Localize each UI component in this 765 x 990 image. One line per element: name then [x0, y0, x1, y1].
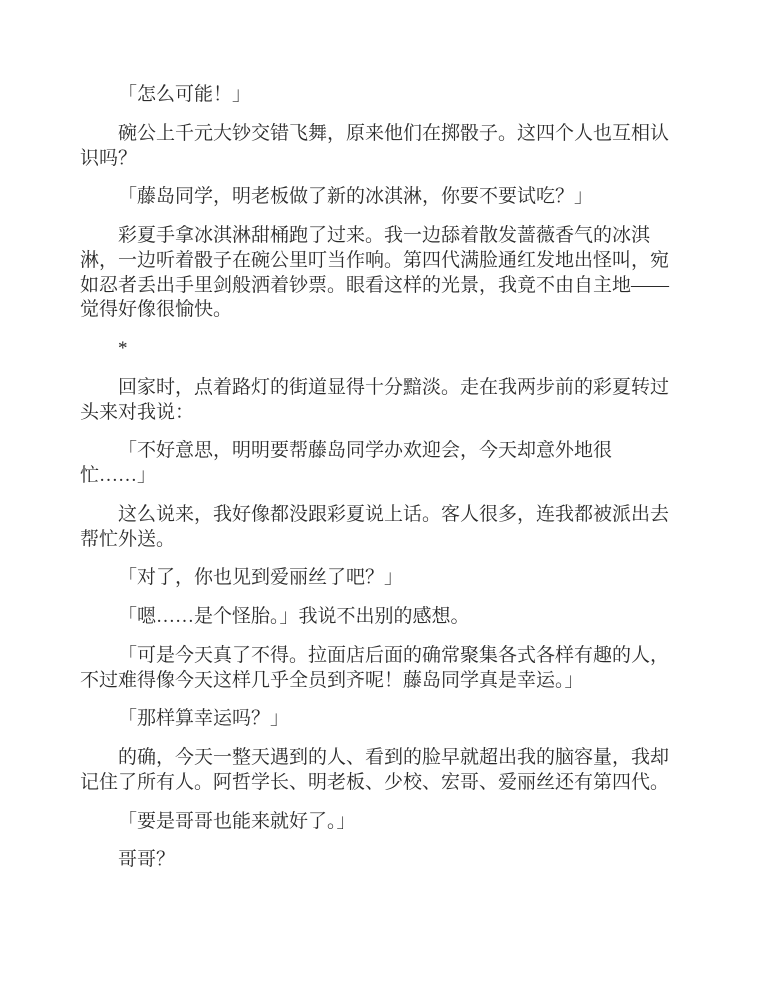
paragraph: 这么说来，我好像都没跟彩夏说上话。客人很多，连我都被派出去帮忙外送。	[80, 503, 686, 553]
text-line: 「怎么可能！」	[80, 83, 686, 108]
text-line: 的确，今天一整天遇到的人、看到的脸早就超出我的脑容量，我却	[80, 746, 686, 771]
text-line: 彩夏手拿冰淇淋甜桶跑了过来。我一边舔着散发蔷薇香气的冰淇	[80, 224, 686, 249]
text-line: 识吗？	[80, 147, 686, 172]
scene-break: *	[80, 337, 686, 362]
paragraph: 的确，今天一整天遇到的人、看到的脸早就超出我的脑容量，我却记住了所有人。阿哲学长…	[80, 746, 686, 796]
page-text-area: 「怎么可能！」碗公上千元大钞交错飞舞，原来他们在掷骰子。这四个人也互相认识吗？「…	[80, 83, 686, 887]
paragraph: 「不好意思，明明要帮藤岛同学办欢迎会，今天却意外地很忙……」	[80, 439, 686, 489]
text-line: 「嗯……是个怪胎。」我说不出别的感想。	[80, 605, 686, 630]
paragraph: 「那样算幸运吗？」	[80, 707, 686, 732]
text-line: 碗公上千元大钞交错飞舞，原来他们在掷骰子。这四个人也互相认	[80, 122, 686, 147]
text-line: 帮忙外送。	[80, 528, 686, 553]
paragraph: 「藤岛同学，明老板做了新的冰淇淋，你要不要试吃？」	[80, 185, 686, 210]
text-line: 「藤岛同学，明老板做了新的冰淇淋，你要不要试吃？」	[80, 185, 686, 210]
paragraph: 碗公上千元大钞交错飞舞，原来他们在掷骰子。这四个人也互相认识吗？	[80, 122, 686, 172]
paragraph: 彩夏手拿冰淇淋甜桶跑了过来。我一边舔着散发蔷薇香气的冰淇淋，一边听着骰子在碗公里…	[80, 224, 686, 323]
text-line: 哥哥？	[80, 848, 686, 873]
paragraph: 「对了，你也见到爱丽丝了吧？」	[80, 566, 686, 591]
text-line: 回家时，点着路灯的街道显得十分黯淡。走在我两步前的彩夏转过	[80, 376, 686, 401]
text-line: 不过难得像今天这样几乎全员到齐呢！藤岛同学真是幸运。」	[80, 669, 686, 694]
text-line: 淋，一边听着骰子在碗公里叮当作响。第四代满脸通红发地出怪叫，宛	[80, 249, 686, 274]
paragraph: 「怎么可能！」	[80, 83, 686, 108]
paragraph: 「嗯……是个怪胎。」我说不出别的感想。	[80, 605, 686, 630]
text-line: 「不好意思，明明要帮藤岛同学办欢迎会，今天却意外地很	[80, 439, 686, 464]
text-line: 如忍者丢出手里剑般洒着钞票。眼看这样的光景，我竟不由自主地——	[80, 274, 686, 299]
text-line: 「要是哥哥也能来就好了。」	[80, 810, 686, 835]
text-line: 记住了所有人。阿哲学长、明老板、少校、宏哥、爱丽丝还有第四代。	[80, 771, 686, 796]
paragraph: 回家时，点着路灯的街道显得十分黯淡。走在我两步前的彩夏转过头来对我说：	[80, 376, 686, 426]
text-line: 「可是今天真了不得。拉面店后面的确常聚集各式各样有趣的人，	[80, 644, 686, 669]
text-line: 觉得好像很愉快。	[80, 298, 686, 323]
paragraph: 「可是今天真了不得。拉面店后面的确常聚集各式各样有趣的人，不过难得像今天这样几乎…	[80, 644, 686, 694]
text-line: *	[80, 337, 686, 362]
document-page: 「怎么可能！」碗公上千元大钞交错飞舞，原来他们在掷骰子。这四个人也互相认识吗？「…	[0, 0, 765, 990]
text-line: 忙……」	[80, 464, 686, 489]
paragraph: 「要是哥哥也能来就好了。」	[80, 810, 686, 835]
text-line: 头来对我说：	[80, 401, 686, 426]
text-line: 「那样算幸运吗？」	[80, 707, 686, 732]
text-line: 这么说来，我好像都没跟彩夏说上话。客人很多，连我都被派出去	[80, 503, 686, 528]
paragraph: 哥哥？	[80, 848, 686, 873]
text-line: 「对了，你也见到爱丽丝了吧？」	[80, 566, 686, 591]
